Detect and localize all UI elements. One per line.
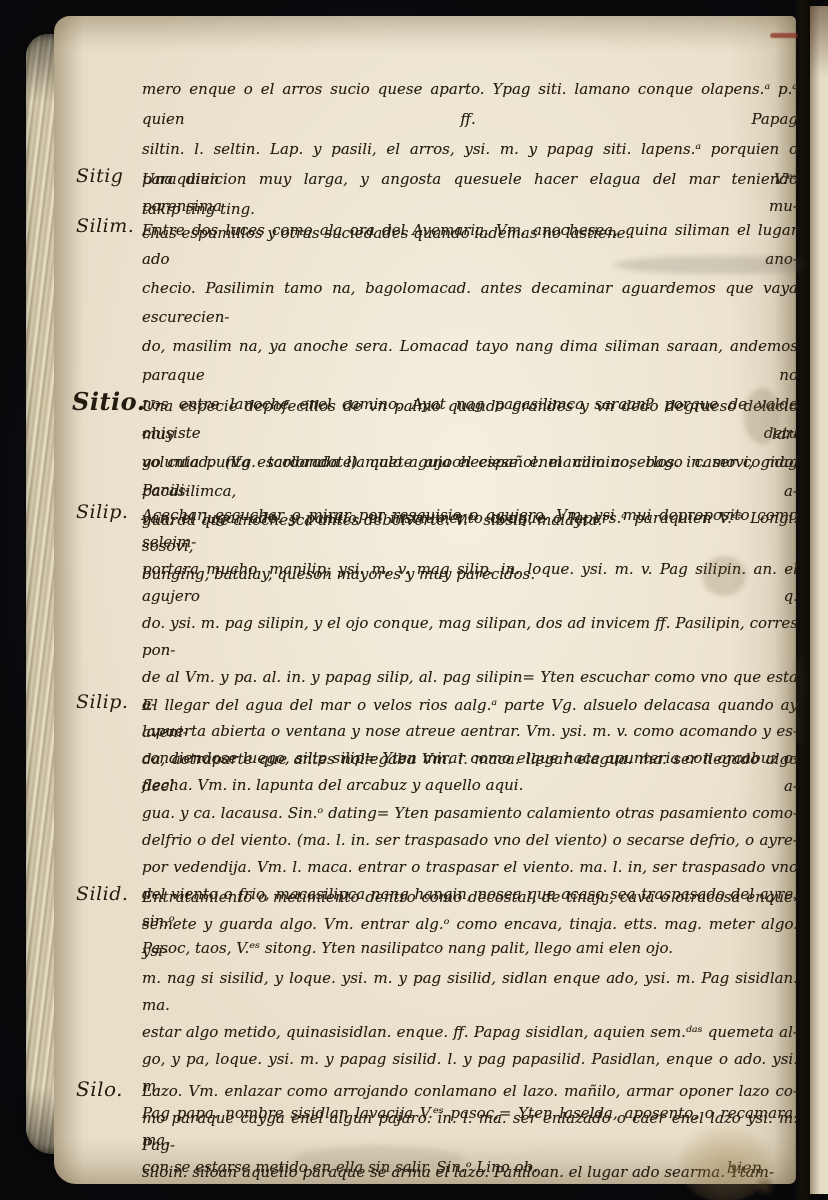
text-line: mero enque o el arros sucio quese aparto… — [142, 74, 798, 134]
facing-page-edge — [810, 6, 828, 1194]
headword: Silim. — [76, 215, 138, 237]
text-line: por vedendija. Vm. l. maca. entrar o tra… — [142, 854, 798, 881]
headword: Sitio. — [72, 387, 134, 416]
text-line: go cuia punta escolorada llamalo aguja e… — [142, 448, 798, 504]
headword: Silip. — [76, 501, 138, 523]
text-line: delfrio o del viento. (ma. l. in. ser tr… — [142, 827, 798, 854]
text-line: Una especie depofecillos de vn palmo qua… — [142, 392, 798, 448]
text-line: portara mucho. manilip; ysi. m. v. mag s… — [142, 556, 798, 610]
headword: Silip. — [76, 691, 138, 713]
text-line: do. ysi. m. pag silipin, y el ojo conque… — [142, 610, 798, 664]
manuscript-page: mero enque o el arros sucio quese aparto… — [54, 16, 796, 1184]
text-line: El llegar del agua del mar o velos rios … — [142, 692, 798, 746]
show-through-mark — [294, 1146, 464, 1172]
manuscript-scan: { "document": { "type": "handwritten dic… — [0, 0, 828, 1200]
text-line: do, masilim na, ya anoche sera. Lomacad … — [142, 332, 798, 390]
text-line: semete y guarda algo. Vm. entrar alg.ᵒ c… — [142, 911, 798, 965]
text-line: Lazo. Vm. enlazar como arrojando conlama… — [142, 1078, 798, 1105]
headword: Silo. — [76, 1077, 138, 1101]
text-line: Acechar, escuchar o mirar por resquisio … — [142, 502, 798, 556]
stain — [752, 1176, 778, 1196]
headword: Sitig — [76, 165, 138, 187]
text-line: checio. Pasilimin tamo na, bagolomacad. … — [142, 274, 798, 332]
text-line: estar algo metido, quinasisidlan. enque.… — [142, 1019, 798, 1046]
ink-smudge — [614, 256, 824, 274]
show-through-mark — [702, 556, 746, 596]
headword: Silid. — [76, 883, 138, 905]
text-line: da, aotraparte que antes nollegaba Vm. l… — [142, 746, 798, 800]
text-line: m. nag si sisilid, y loque. ysi. m. y pa… — [142, 965, 798, 1019]
text-line: Una diuicion muy larga, y angosta quesue… — [142, 166, 798, 220]
text-line: gua. y ca. lacausa. Sin.ᵒ dating= Yten p… — [142, 800, 798, 827]
show-through-mark — [744, 388, 780, 444]
text-line: Entratamiento o metimiento dentro como d… — [142, 884, 798, 911]
